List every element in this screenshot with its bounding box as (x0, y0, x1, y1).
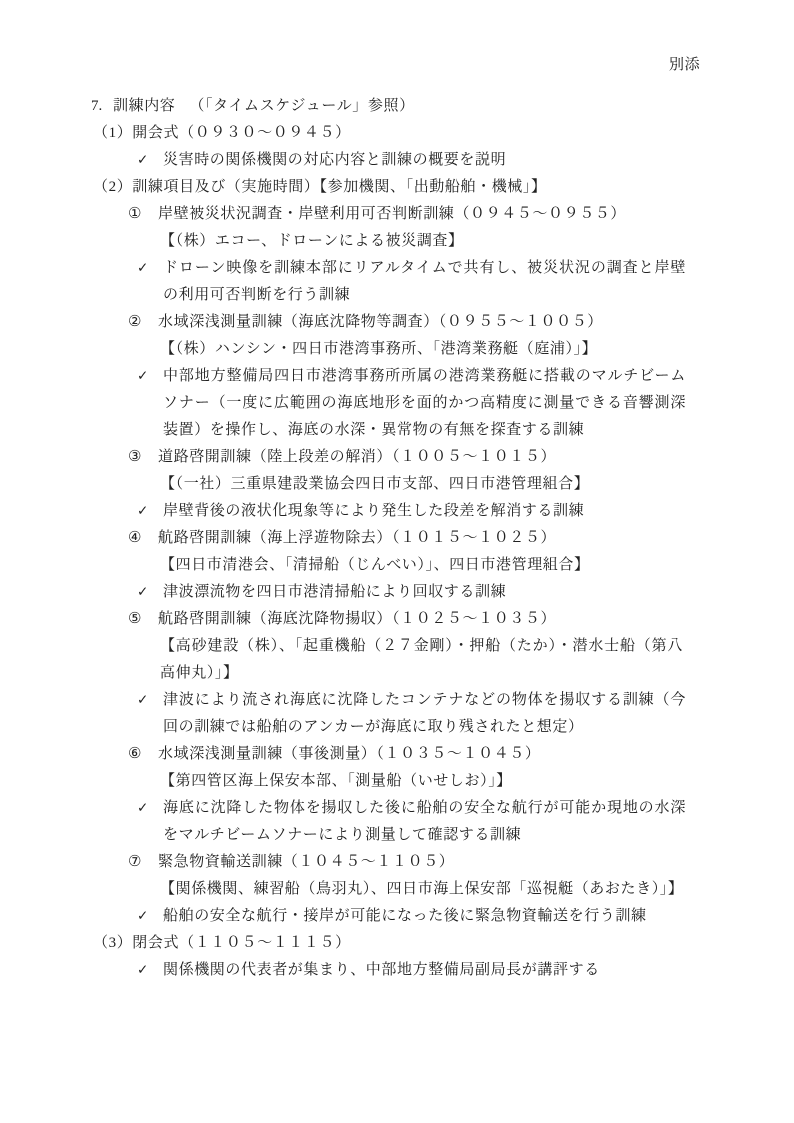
participant-org-text: 【（株）エコー、ドローンによる被災調査】 (160, 228, 683, 255)
subsection-heading-closing: （3）閉会式（１１０５～１１１５） (0, 930, 794, 957)
check-note-text: 中部地方整備局四日市港湾事務所所属の港湾業務艇に搭載のマルチビームソナー（一度に… (163, 363, 686, 444)
circled-number-icon: ⑤ (128, 606, 158, 633)
check-note-text: 災害時の関係機関の対応内容と訓練の概要を説明 (163, 147, 686, 174)
check-note-text: 関係機関の代表者が集まり、中部地方整備局副局長が講評する (163, 957, 686, 984)
check-icon: ✓ (137, 903, 163, 930)
participant-org-line: 【（株）ハンシン・四日市港湾事務所、「港湾業務艇（庭浦）」】 (0, 336, 794, 363)
check-note: ✓ 船舶の安全な航行・接岸が可能になった後に緊急物資輸送を行う訓練 (0, 903, 794, 930)
training-item-text: 道路啓開訓練（陸上段差の解消）（１００５～１０１５） (158, 444, 556, 471)
check-note-text: 海底に沈降した物体を揚収した後に船舶の安全な航行が可能か現地の水深をマルチビーム… (163, 795, 686, 849)
subsection-heading-opening: （1）開会式（０９３０～０９４５） (0, 120, 794, 147)
participant-org-line: 【四日市清港会、「清掃船（じんべい）」、四日市港管理組合】 (0, 552, 794, 579)
check-icon: ✓ (137, 579, 163, 606)
section-number: 7. (91, 93, 113, 120)
check-icon: ✓ (137, 147, 163, 174)
training-item-6: ⑥ 水域深浅測量訓練（事後測量）（１０３５～１０４５） (0, 741, 794, 768)
check-note-text: 岸壁背後の液状化現象等により発生した段差を解消する訓練 (163, 498, 686, 525)
participant-org-line: 【関係機関、練習船（鳥羽丸）、四日市海上保安部「巡視艇（あおたき）」】 (0, 876, 794, 903)
training-item-3: ③ 道路啓開訓練（陸上段差の解消）（１００５～１０１５） (0, 444, 794, 471)
check-note: ✓ 災害時の関係機関の対応内容と訓練の概要を説明 (0, 147, 794, 174)
document-body: 7. 訓練内容 （「タイムスケジュール」参照） （1）開会式（０９３０～０９４５… (0, 93, 794, 984)
training-item-2: ② 水域深浅測量訓練（海底沈降物等調査）（０９５５～１００５） (0, 309, 794, 336)
check-icon: ✓ (137, 363, 163, 390)
attachment-label: 別添 (669, 55, 700, 75)
circled-number-icon: ① (128, 201, 158, 228)
training-item-text: 岸壁被災状況調査・岸壁利用可否判断訓練（０９４５～０９５５） (158, 201, 626, 228)
circled-number-icon: ⑦ (128, 849, 158, 876)
check-note: ✓ 関係機関の代表者が集まり、中部地方整備局副局長が講評する (0, 957, 794, 984)
check-note: ✓ 中部地方整備局四日市港湾事務所所属の港湾業務艇に搭載のマルチビームソナー（一… (0, 363, 794, 444)
training-item-text: 航路啓開訓練（海上浮遊物除去）（１０１５～１０２５） (158, 525, 556, 552)
circled-number-icon: ⑥ (128, 741, 158, 768)
circled-number-icon: ③ (128, 444, 158, 471)
check-note: ✓ 津波漂流物を四日市港清掃船により回収する訓練 (0, 579, 794, 606)
check-icon: ✓ (137, 957, 163, 984)
check-icon: ✓ (137, 795, 163, 822)
participant-org-text: 【高砂建設（株）、「起重機船（２７金剛）・押船（たか）・潜水士船（第八高伸丸）」… (160, 633, 683, 687)
check-note-text: 津波により流され海底に沈降したコンテナなどの物体を揚収する訓練（今回の訓練では船… (163, 687, 686, 741)
check-note-text: 津波漂流物を四日市港清掃船により回収する訓練 (163, 579, 686, 606)
check-note-text: 船舶の安全な航行・接岸が可能になった後に緊急物資輸送を行う訓練 (163, 903, 686, 930)
training-item-text: 緊急物資輸送訓練（１０４５～１１０５） (158, 849, 454, 876)
training-item-5: ⑤ 航路啓開訓練（海底沈降物揚収）（１０２５～１０３５） (0, 606, 794, 633)
check-note: ✓ ドローン映像を訓練本部にリアルタイムで共有し、被災状況の調査と岸壁の利用可否… (0, 255, 794, 309)
participant-org-line: 【高砂建設（株）、「起重機船（２７金剛）・押船（たか）・潜水士船（第八高伸丸）」… (0, 633, 794, 687)
section-7-heading: 7. 訓練内容 （「タイムスケジュール」参照） (0, 93, 794, 120)
circled-number-icon: ④ (128, 525, 158, 552)
participant-org-line: 【第四管区海上保安本部、「測量船（いせしお）」】 (0, 768, 794, 795)
training-item-4: ④ 航路啓開訓練（海上浮遊物除去）（１０１５～１０２５） (0, 525, 794, 552)
training-item-text: 水域深浅測量訓練（海底沈降物等調査）（０９５５～１００５） (158, 309, 603, 336)
training-item-text: 水域深浅測量訓練（事後測量）（１０３５～１０４５） (158, 741, 541, 768)
check-note: ✓ 津波により流され海底に沈降したコンテナなどの物体を揚収する訓練（今回の訓練で… (0, 687, 794, 741)
participant-org-line: 【（株）エコー、ドローンによる被災調査】 (0, 228, 794, 255)
training-item-7: ⑦ 緊急物資輸送訓練（１０４５～１１０５） (0, 849, 794, 876)
participant-org-text: 【（一社）三重県建設業協会四日市支部、四日市港管理組合】 (160, 471, 683, 498)
document-page: 別添 7. 訓練内容 （「タイムスケジュール」参照） （1）開会式（０９３０～０… (0, 0, 794, 1123)
check-note-text: ドローン映像を訓練本部にリアルタイムで共有し、被災状況の調査と岸壁の利用可否判断… (163, 255, 686, 309)
check-icon: ✓ (137, 255, 163, 282)
section-title: 訓練内容 (113, 93, 175, 120)
circled-number-icon: ② (128, 309, 158, 336)
check-note: ✓ 岸壁背後の液状化現象等により発生した段差を解消する訓練 (0, 498, 794, 525)
check-icon: ✓ (137, 687, 163, 714)
participant-org-text: 【四日市清港会、「清掃船（じんべい）」、四日市港管理組合】 (160, 552, 683, 579)
training-item-text: 航路啓開訓練（海底沈降物揚収）（１０２５～１０３５） (158, 606, 556, 633)
check-icon: ✓ (137, 498, 163, 525)
section-title-reference: （「タイムスケジュール」参照） (189, 93, 414, 120)
participant-org-line: 【（一社）三重県建設業協会四日市支部、四日市港管理組合】 (0, 471, 794, 498)
participant-org-text: 【関係機関、練習船（鳥羽丸）、四日市海上保安部「巡視艇（あおたき）」】 (160, 876, 683, 903)
training-item-1: ① 岸壁被災状況調査・岸壁利用可否判断訓練（０９４５～０９５５） (0, 201, 794, 228)
participant-org-text: 【（株）ハンシン・四日市港湾事務所、「港湾業務艇（庭浦）」】 (160, 336, 683, 363)
participant-org-text: 【第四管区海上保安本部、「測量船（いせしお）」】 (160, 768, 683, 795)
check-note: ✓ 海底に沈降した物体を揚収した後に船舶の安全な航行が可能か現地の水深をマルチビ… (0, 795, 794, 849)
subsection-heading-items: （2）訓練項目及び（実施時間）【参加機関、「出動船舶・機械」】 (0, 174, 794, 201)
